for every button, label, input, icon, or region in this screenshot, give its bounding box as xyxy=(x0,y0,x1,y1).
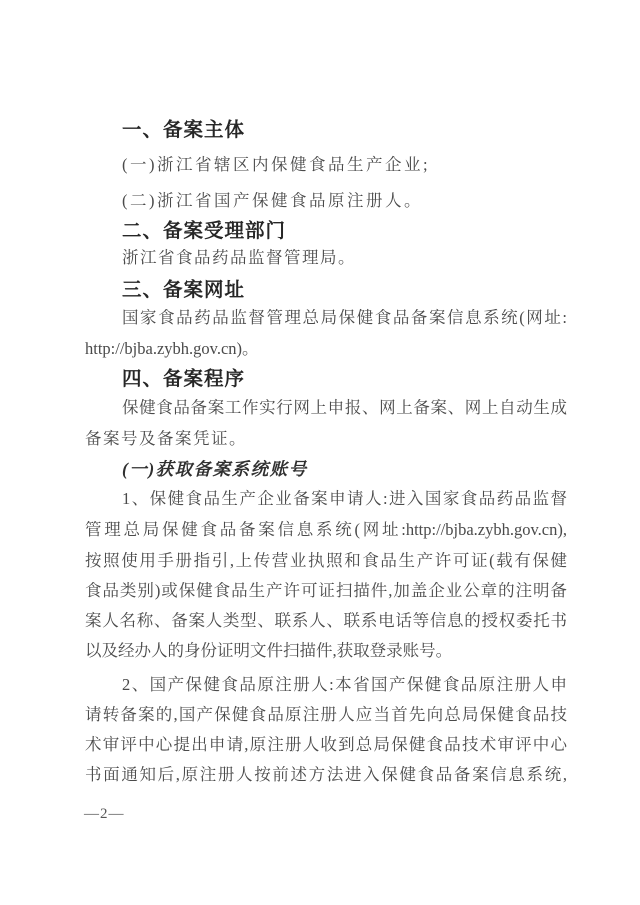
list-item-subject-1: (一)浙江省辖区内保健食品生产企业; xyxy=(85,153,567,177)
list-item-subject-2: (二)浙江省国产保健食品原注册人。 xyxy=(85,189,567,213)
para-item1-line-6: 以及经办人的身份证明文件扫描件,获取登录账号。 xyxy=(85,639,567,663)
section-heading-1: 一、备案主体 xyxy=(85,118,567,142)
para-item1-line-2: 管理总局保健食品备案信息系统(网址:http://bjba.zybh.gov.c… xyxy=(85,518,567,542)
para-item2-line-4: 书面通知后,原注册人按前述方法进入保健食品备案信息系统, xyxy=(85,763,567,787)
para-website-line-1: 国家食品药品监督管理总局保健食品备案信息系统(网址: xyxy=(85,306,567,330)
para-item2-line-3: 术审评中心提出申请,原注册人收到总局保健食品技术审评中心 xyxy=(85,733,567,757)
subsection-heading-account: (一)获取备案系统账号 xyxy=(85,457,567,481)
para-item2-line-2: 请转备案的,国产保健食品原注册人应当首先向总局保健食品技 xyxy=(85,703,567,727)
para-procedure-line-1: 保健食品备案工作实行网上申报、网上备案、网上自动生成 xyxy=(85,396,567,420)
para-accepting-dept: 浙江省食品药品监督管理局。 xyxy=(85,246,567,270)
document-page: 一、备案主体 (一)浙江省辖区内保健食品生产企业; (二)浙江省国产保健食品原注… xyxy=(0,0,640,905)
para-item1-line-1: 1、保健食品生产企业备案申请人:进入国家食品药品监督 xyxy=(85,487,567,511)
para-item2-line-1: 2、国产保健食品原注册人:本省国产保健食品原注册人申 xyxy=(85,673,567,697)
para-item1-line-4: 食品类别)或保健食品生产许可证扫描件,加盖企业公章的注明备 xyxy=(85,579,567,603)
para-item1-line-5: 案人名称、备案人类型、联系人、联系电话等信息的授权委托书 xyxy=(85,609,567,633)
para-procedure-line-2: 备案号及备案凭证。 xyxy=(85,427,567,451)
para-website-line-2: http://bjba.zybh.gov.cn)。 xyxy=(85,337,567,361)
section-heading-4: 四、备案程序 xyxy=(85,367,567,391)
page-number: —2— xyxy=(84,806,125,823)
para-item1-line-3: 按照使用手册指引,上传营业执照和食品生产许可证(载有保健 xyxy=(85,549,567,573)
section-heading-2: 二、备案受理部门 xyxy=(85,219,567,243)
section-heading-3: 三、备案网址 xyxy=(85,278,567,302)
